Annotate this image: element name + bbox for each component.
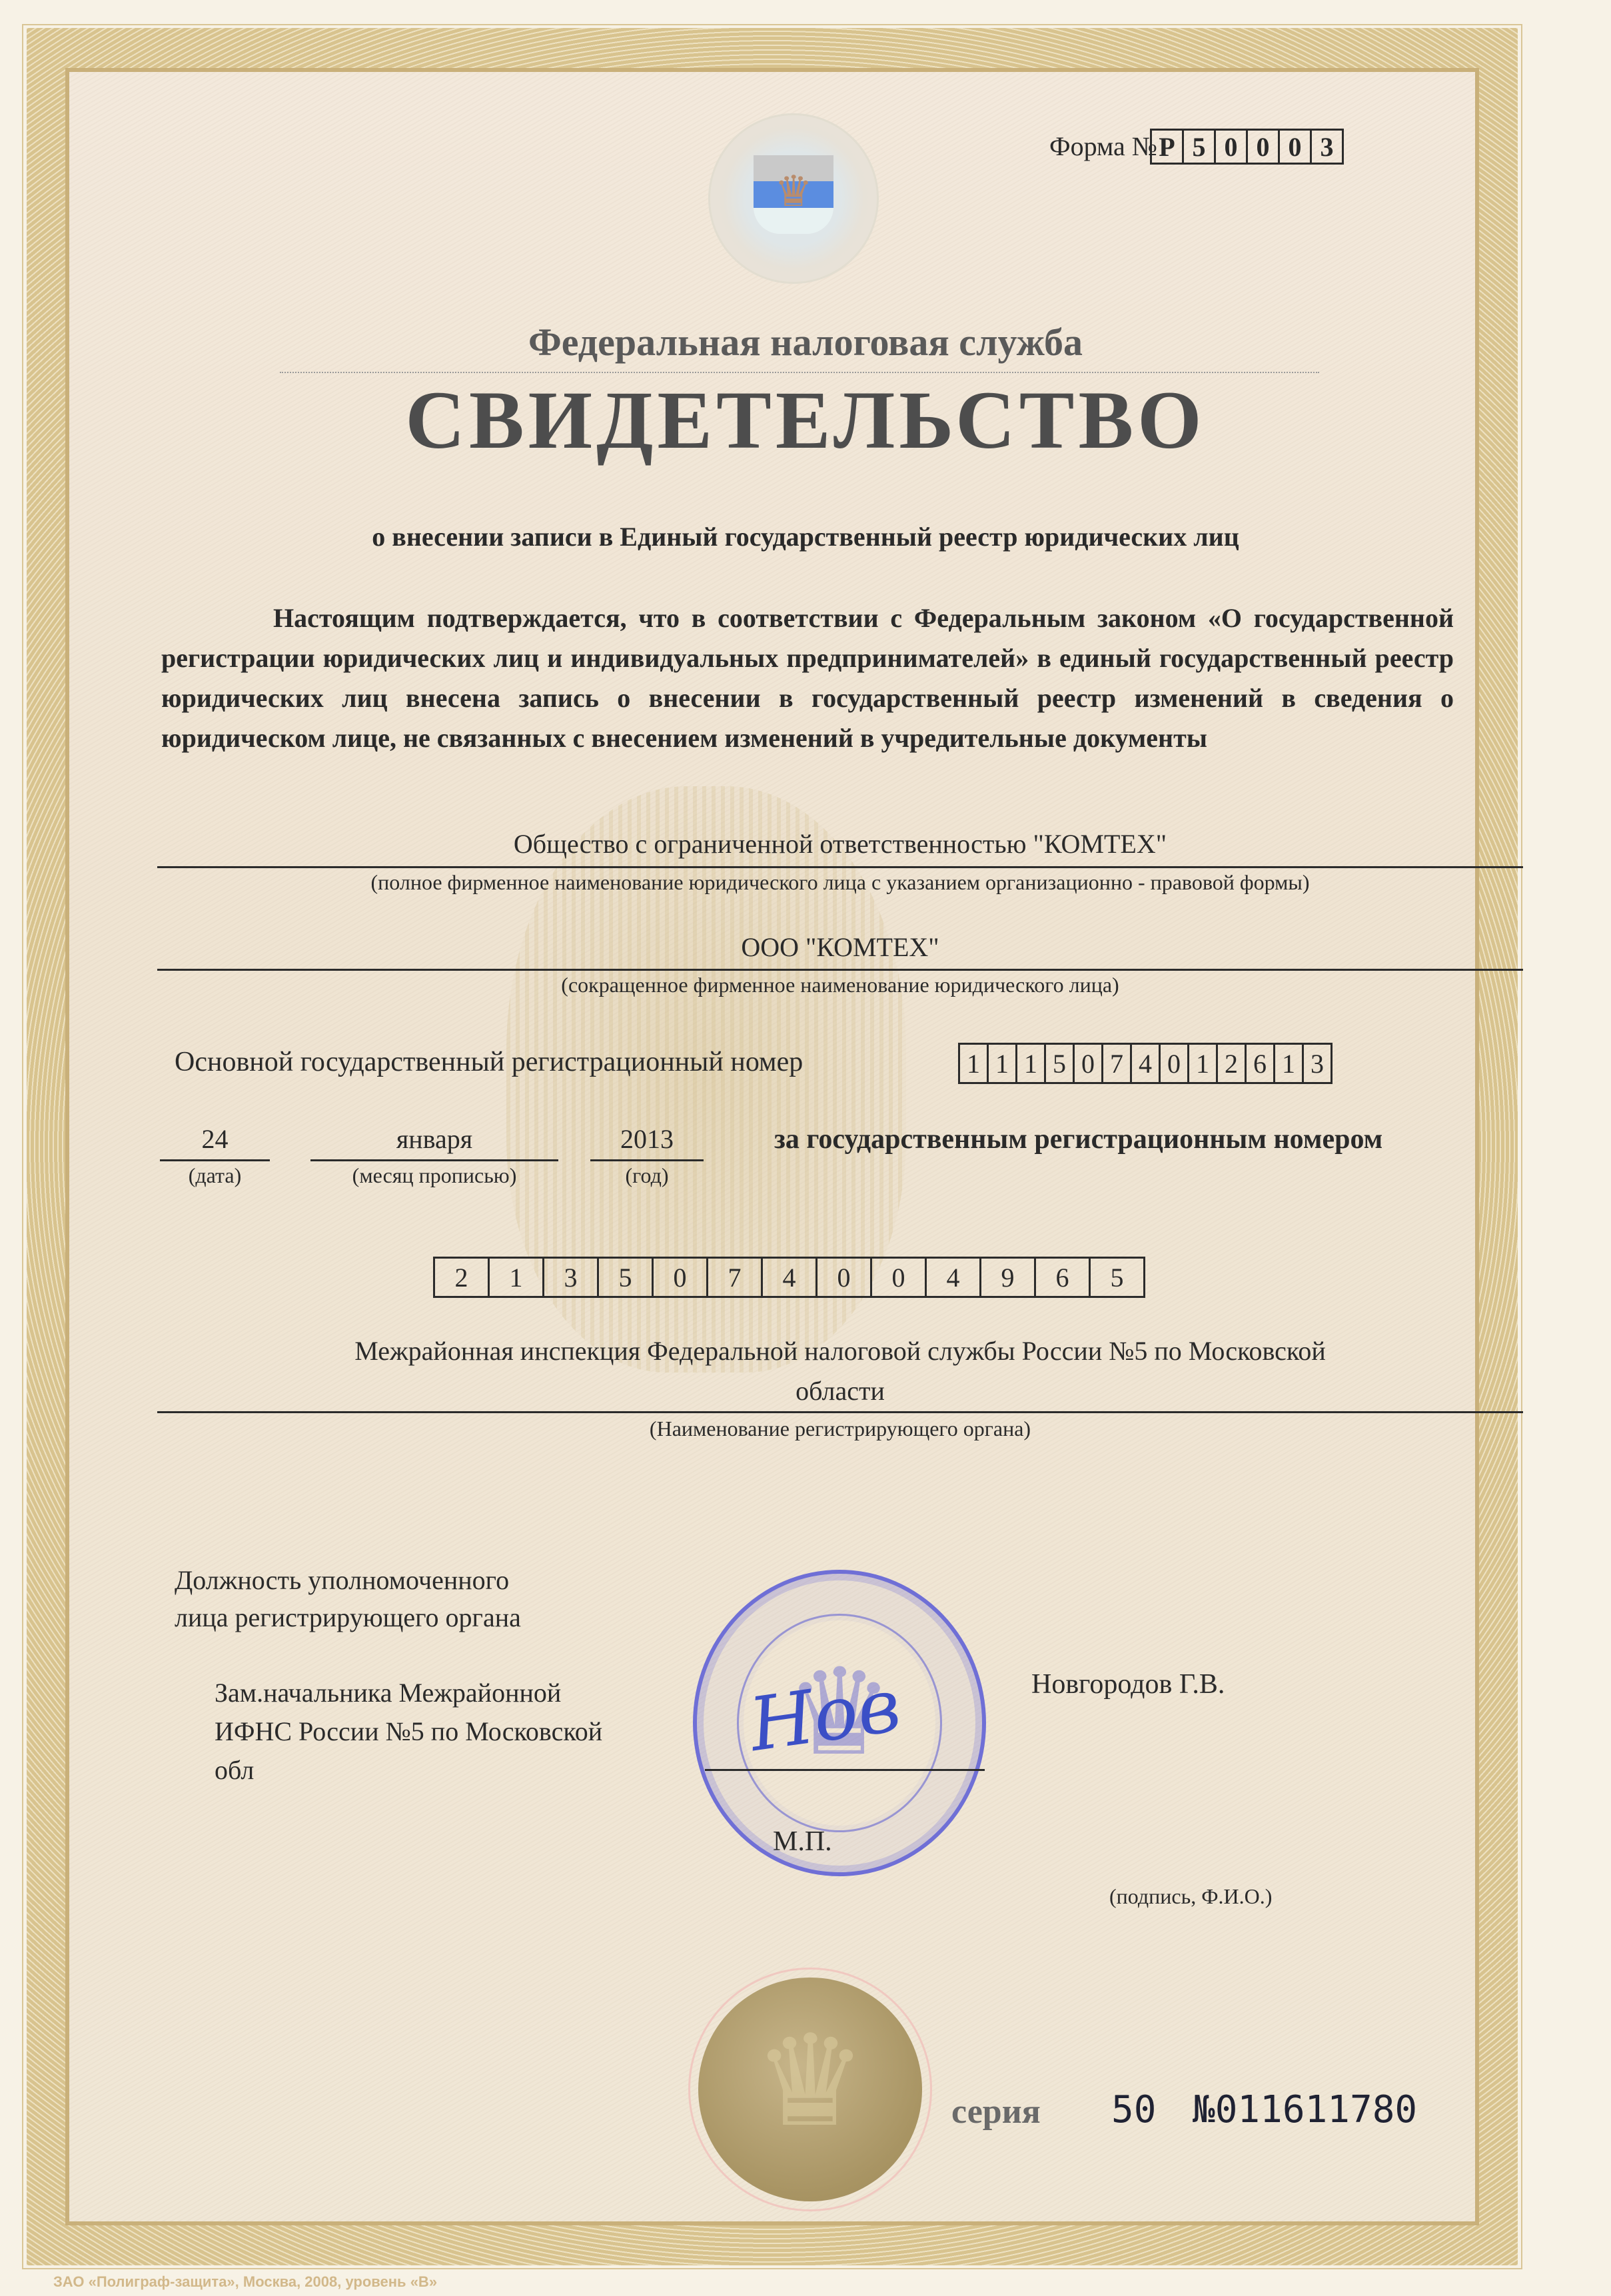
authority-name-line2: области (157, 1375, 1523, 1407)
date-month-rule (310, 1159, 558, 1161)
series-value: 50 (1111, 2088, 1156, 2131)
date-year: 2013 (590, 1123, 704, 1155)
authority-name-line1: Межрайонная инспекция Федеральной налого… (157, 1335, 1523, 1367)
ogrn-digit: 1 (1187, 1045, 1216, 1082)
grn-digit: 7 (706, 1259, 761, 1296)
authority-caption: (Наименование регистрирующего органа) (157, 1417, 1523, 1441)
document-title: СВИДЕТЕЛЬСТВО (0, 373, 1611, 468)
position-line: обл (215, 1751, 602, 1790)
mp-label: М.П. (773, 1826, 832, 1858)
grn-digit: 5 (597, 1259, 652, 1296)
ogrn-digit: 3 (1302, 1045, 1331, 1082)
signatory-position: Зам.начальника Межрайонной ИФНС России №… (215, 1674, 602, 1790)
grn-digit: 0 (652, 1259, 706, 1296)
form-code-cell: 5 (1182, 131, 1214, 163)
form-number-box: Р 5 0 0 0 3 (1150, 129, 1344, 165)
ogrn-digit: 7 (1101, 1045, 1130, 1082)
ogrn-digit: 2 (1216, 1045, 1245, 1082)
date-day-caption: (дата) (160, 1163, 270, 1188)
grn-digit: 2 (435, 1259, 488, 1296)
position-heading: Должность уполномоченного лица регистрир… (175, 1562, 521, 1636)
full-name-rule (157, 866, 1523, 868)
position-line: ИФНС России №5 по Московской (215, 1712, 602, 1751)
form-code-cell: 0 (1246, 131, 1278, 163)
form-number-label: Форма № (1049, 131, 1157, 162)
grn-digit: 0 (815, 1259, 870, 1296)
ogrn-digit: 6 (1245, 1045, 1273, 1082)
grn-digit: 4 (761, 1259, 815, 1296)
short-name-rule (157, 969, 1523, 971)
ogrn-label: Основной государственный регистрационный… (175, 1046, 803, 1078)
signatory-name: Новгородов Г.В. (1031, 1668, 1225, 1700)
ogrn-digit: 1 (1273, 1045, 1302, 1082)
grn-digit: 1 (488, 1259, 542, 1296)
ogrn-digit: 0 (1159, 1045, 1187, 1082)
signature-rule (705, 1769, 985, 1771)
double-headed-eagle-icon: ♛ (774, 165, 813, 219)
ogrn-digit: 1 (987, 1045, 1015, 1082)
series-label: серия (951, 2092, 1041, 2131)
ogrn-digit: 1 (1015, 1045, 1044, 1082)
position-heading-line: лица регистрирующего органа (175, 1599, 521, 1636)
short-name-caption: (сокращенное фирменное наименование юрид… (157, 973, 1523, 997)
date-year-caption: (год) (590, 1163, 704, 1188)
form-code-cell: 0 (1214, 131, 1246, 163)
company-full-name: Общество с ограниченной ответственностью… (157, 828, 1523, 860)
gold-seal-icon: ♛ (688, 1968, 932, 2211)
certification-paragraph: Настоящим подтверждается, что в соответс… (161, 598, 1454, 758)
grn-digit: 9 (979, 1259, 1034, 1296)
date-day: 24 (160, 1123, 270, 1155)
authority-rule (157, 1411, 1523, 1413)
form-code-cell: 3 (1310, 131, 1342, 163)
signature-caption: (подпись, Ф.И.О.) (1109, 1884, 1272, 1909)
form-code-cell: Р (1152, 131, 1182, 163)
grn-digit: 5 (1089, 1259, 1143, 1296)
ogrn-digit: 4 (1130, 1045, 1159, 1082)
date-month: января (310, 1123, 558, 1155)
form-code-cell: 0 (1278, 131, 1310, 163)
grn-box: 2 1 3 5 0 7 4 0 0 4 9 6 5 (433, 1257, 1145, 1298)
grn-digit: 3 (542, 1259, 597, 1296)
grn-digit: 4 (925, 1259, 979, 1296)
fns-hologram-emblem-icon: ♛ (708, 113, 879, 284)
grn-digit: 6 (1034, 1259, 1089, 1296)
date-month-caption: (месяц прописью) (310, 1163, 558, 1188)
date-year-rule (590, 1159, 704, 1161)
document-subtitle: о внесении записи в Единый государственн… (0, 521, 1611, 552)
position-line: Зам.начальника Межрайонной (215, 1674, 602, 1712)
agency-name: Федеральная налоговая служба (0, 320, 1611, 364)
full-name-caption: (полное фирменное наименование юридическ… (157, 870, 1523, 895)
embossed-eagle-icon: ♛ (690, 2009, 930, 2156)
position-heading-line: Должность уполномоченного (175, 1562, 521, 1599)
ogrn-box: 1 1 1 5 0 7 4 0 1 2 6 1 3 (958, 1043, 1333, 1084)
printer-imprint: ЗАО «Полиграф-защита», Москва, 2008, уро… (53, 2273, 437, 2291)
paragraph-text: Настоящим подтверждается, что в соответс… (161, 603, 1454, 753)
grn-digit: 0 (870, 1259, 925, 1296)
ogrn-digit: 1 (960, 1045, 987, 1082)
ogrn-digit: 5 (1044, 1045, 1073, 1082)
ogrn-digit: 0 (1073, 1045, 1101, 1082)
serial-number: №011611780 (1193, 2088, 1417, 2131)
company-short-name: ООО "КОМТЕХ" (157, 931, 1523, 963)
date-day-rule (160, 1159, 270, 1161)
reg-number-label: за государственным регистрационным номер… (774, 1123, 1382, 1155)
